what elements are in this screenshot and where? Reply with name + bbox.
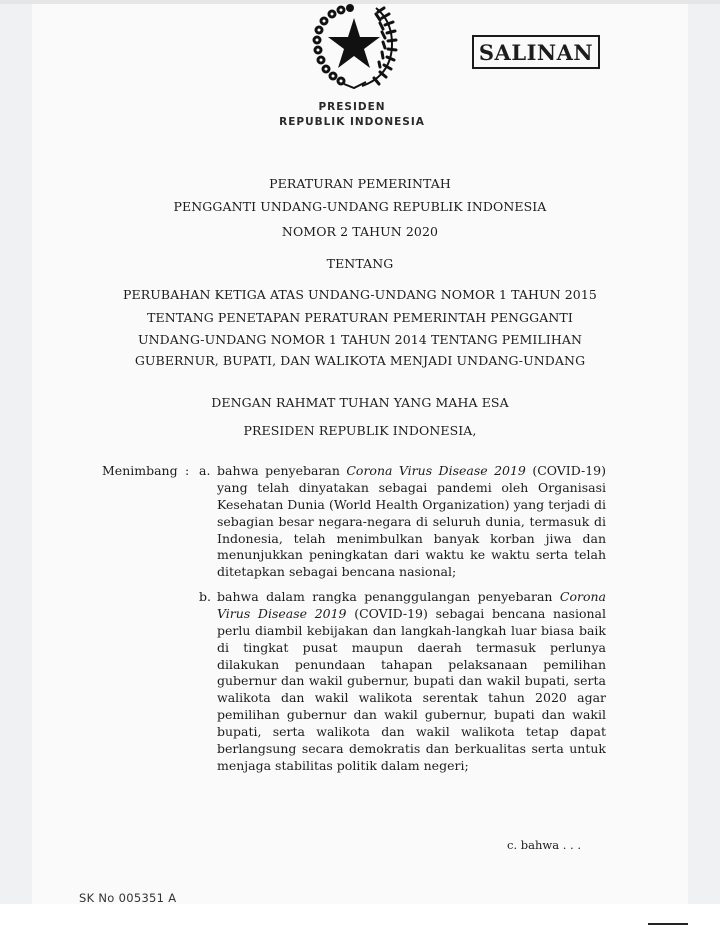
paragraph-line: ditetapkan sebagai bencana nasional; [217, 564, 606, 581]
heading-line: PENGGANTI UNDANG-UNDANG REPUBLIK INDONES… [32, 199, 688, 214]
paragraph-line: bahwa dalam rangka penanggulangan penyeb… [217, 589, 606, 606]
authority: PRESIDEN REPUBLIK INDONESIA, [32, 423, 688, 438]
invocation: DENGAN RAHMAT TUHAN YANG MAHA ESA [32, 395, 688, 410]
paragraph-line: Indonesia, telah menimbulkan banyak korb… [217, 531, 606, 548]
subject-line: UNDANG-UNDANG NOMOR 1 TAHUN 2014 TENTANG… [32, 332, 688, 347]
paragraph-line: bahwa penyebaran Corona Virus Disease 20… [217, 463, 606, 480]
paragraph-line: sebagian besar negara-negara di seluruh … [217, 514, 606, 531]
issuer-line-1: PRESIDEN [252, 101, 452, 113]
paragraph-line: pemilihan gubernur dan wakil gubernur, b… [217, 707, 606, 724]
serial-number: SK No 005351 A [79, 891, 176, 905]
heading-tentang: TENTANG [32, 256, 688, 271]
issuer-line-2: REPUBLIK INDONESIA [252, 116, 452, 128]
heading-line: PERATURAN PEMERINTAH [32, 176, 688, 191]
subject-line: GUBERNUR, BUPATI, DAN WALIKOTA MENJADI U… [32, 353, 688, 368]
paragraph-line: yang telah dinyatakan sebagai pandemi ol… [217, 480, 606, 497]
paragraph-line: walikota dan wakil walikota serentak tah… [217, 690, 606, 707]
paragraph-line: dilakukan penundaan tahapan pelaksanaan … [217, 657, 606, 674]
paragraph-line: menunjukkan peningkatan dari waktu ke wa… [217, 547, 606, 564]
paragraph-line: perlu diambil kebijakan dan langkah-lang… [217, 623, 606, 640]
paragraph-line: berlangsung secara demokratis dan berkua… [217, 741, 606, 758]
heading-number: NOMOR 2 TAHUN 2020 [32, 224, 688, 239]
paragraph-line: menjaga stabilitas politik dalam negeri; [217, 758, 606, 775]
document-page: SALINAN PRESIDEN REPUBLIK INDONESIA PERA… [32, 4, 688, 904]
paragraph-line: Kesehatan Dunia (World Health Organizati… [217, 497, 606, 514]
right-margin [688, 4, 720, 904]
considering-colon: : [185, 463, 189, 478]
item-letter-a: a. [199, 463, 210, 478]
considering-label: Menimbang [102, 463, 178, 478]
paragraph-line: bupati, serta walikota dan wakil walikot… [217, 724, 606, 741]
salinan-stamp: SALINAN [472, 35, 600, 69]
subject-line: TENTANG PENETAPAN PERATURAN PEMERINTAH P… [32, 310, 688, 325]
paragraph-line: di tingkat pusat maupun daerah termasuk … [217, 640, 606, 657]
continuation-marker: c. bahwa . . . [507, 838, 581, 852]
scroll-indicator [648, 923, 688, 925]
subject-line: PERUBAHAN KETIGA ATAS UNDANG-UNDANG NOMO… [32, 287, 688, 302]
paragraph-line: Virus Disease 2019 (COVID-19) sebagai be… [217, 606, 606, 623]
item-letter-b: b. [199, 589, 211, 604]
paragraph-line: gubernur dan wakil gubernur, bupati dan … [217, 673, 606, 690]
consideration-a: bahwa penyebaran Corona Virus Disease 20… [217, 463, 606, 581]
garuda-star-emblem-icon [310, 4, 398, 90]
left-margin [0, 4, 32, 904]
consideration-b: bahwa dalam rangka penanggulangan penyeb… [217, 589, 606, 775]
